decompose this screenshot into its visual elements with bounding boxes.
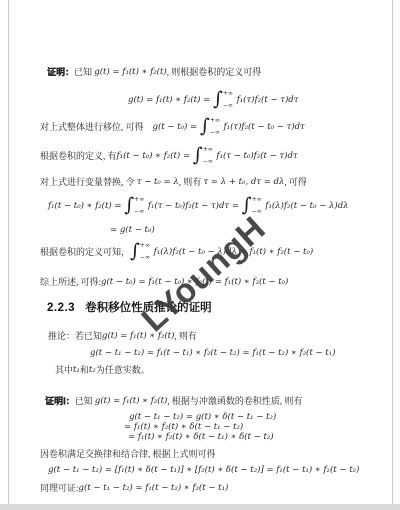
eq-shifted-whole: 对上式整体进行移位, 可得 g(t − t₀) = ∫+∞−∞ f₁(τ)f₂(… xyxy=(40,117,305,136)
document-content: 证明：已知 g(t) = f₁(t) ∗ f₂(t), 则根据卷积的定义可得g(… xyxy=(0,0,400,510)
integral-sign: ∫+∞−∞ xyxy=(130,242,151,261)
text-commutative: 因卷积满足交换律和结合律, 根据上式则可得 xyxy=(40,448,216,460)
cn-text: 根据卷积的定义可知， xyxy=(40,246,130,258)
math-text: f₁(λ)f₂(t − t₀ − λ)dλ xyxy=(263,200,349,212)
math-text: g(t − t₁ − t₂) = [f₁(t) ∗ δ(t − t₁)] ∗ [… xyxy=(48,464,359,476)
eq-convolution-definition: g(t) = f₁(t) ∗ f₂(t) = ∫+∞−∞ f₁(τ)f₂(t −… xyxy=(128,90,298,109)
math-text: f₁(τ)f₂(t − t₀ − τ)dτ xyxy=(221,121,305,133)
cn-text: , 则有 xyxy=(179,176,204,188)
math-text: t₂ xyxy=(89,364,96,376)
cn-text: 已知 xyxy=(75,395,95,407)
math-text: t₁ xyxy=(73,364,80,376)
math-text: f₁(τ − t₀)f₂(t − τ)dτ xyxy=(214,150,298,162)
math-text: g(t − t₁ − t₂) = f₁(t − t₂) ∗ f₂(t − t₁) xyxy=(79,482,229,494)
math-text: f₁(t − t₀) ∗ f₂(t) = xyxy=(117,150,193,162)
cn-text: 根据卷积的定义, 有 xyxy=(40,150,117,162)
proof-label: 证明Ⅰ： xyxy=(45,395,75,407)
text-any-real: 其中t₁和t₂为任意实数。 xyxy=(55,364,150,376)
proof1-intro: 证明：已知 g(t) = f₁(t) ∗ f₂(t), 则根据卷积的定义可得 xyxy=(47,66,261,78)
math-text: = g(t − t₀) xyxy=(110,224,155,236)
watermark: LYoungH xyxy=(135,209,274,340)
integral-limits: +∞−∞ xyxy=(210,118,220,136)
math-text: τ − t₀ = λ xyxy=(137,176,179,188)
eq-substituted: f₁(t − t₀) ∗ f₂(t) = ∫+∞−∞ f₁(τ − t₀)f₂(… xyxy=(48,196,349,215)
cn-text: , 可得 xyxy=(284,176,307,188)
math-text: g(t) = f₁(t) ∗ f₂(t) xyxy=(94,66,166,78)
integral-limits: +∞−∞ xyxy=(134,197,144,215)
integral-glyph: ∫ xyxy=(213,90,223,109)
integral-sign: ∫+∞−∞ xyxy=(213,90,234,109)
eq-regrouped: g(t − t₁ − t₂) = [f₁(t) ∗ δ(t − t₁)] ∗ [… xyxy=(48,464,359,476)
math-text: g(t) = f₁(t) ∗ f₂(t) = xyxy=(128,94,213,106)
integral-glyph: ∫ xyxy=(193,146,203,165)
text-variable-substitution: 对上式进行变量替换, 令 τ − t₀ = λ, 则有 τ = λ + t₀, … xyxy=(40,176,307,188)
cn-text: , 则根据卷积的定义可得 xyxy=(167,66,262,78)
cn-text: 已知 xyxy=(74,66,94,78)
integral-limits: +∞−∞ xyxy=(223,91,233,109)
proof-label: 证明： xyxy=(47,66,74,78)
integral-glyph: ∫ xyxy=(200,117,210,136)
integral-glyph: ∫ xyxy=(130,242,140,261)
math-text: g(t) = f₁(t) ∗ f₂(t) xyxy=(95,395,167,407)
eq-def-known: 根据卷积的定义可知，∫+∞−∞ f₁(λ)f₂(t − t₀ − λ)dλ = … xyxy=(40,242,313,261)
eq-similarly: 同理可证:g(t − t₁ − t₂) = f₁(t − t₂) ∗ f₂(t … xyxy=(40,482,228,494)
eq-def-shifted-f1: 根据卷积的定义, 有f₁(t − t₀) ∗ f₂(t) = ∫+∞−∞ f₁(… xyxy=(40,146,298,165)
cn-text: 推论：若已知 xyxy=(48,330,102,342)
cn-text: 因卷积满足交换律和结合律, 根据上式则可得 xyxy=(40,448,216,460)
integral-sign: ∫+∞−∞ xyxy=(193,146,214,165)
cn-text: 对上式整体进行移位, 可得 xyxy=(40,121,153,133)
cn-text: 综上所述, 可得: xyxy=(40,276,101,288)
cn-text: 为任意实数。 xyxy=(96,364,150,376)
cn-text: , 根据与冲激函数的卷积性质, 则有 xyxy=(167,395,302,407)
math-text: g(t − t₀) = xyxy=(153,121,200,133)
cn-text: , 则有 xyxy=(174,330,197,342)
math-text: τ = λ + t₀, dτ = dλ xyxy=(204,176,285,188)
math-text: f₁(τ)f₂(t − τ)dτ xyxy=(234,94,299,106)
math-text: g(t − t₁ − t₂) = f₁(t − t₁) ∗ f₂(t − t₂)… xyxy=(90,347,335,359)
corollary-intro: 推论：若已知g(t) = f₁(t) ∗ f₂(t), 则有 xyxy=(48,330,197,342)
eq-impulse-3: = f₁(t) ∗ f₂(t) ∗ δ(t − t₁) ∗ δ(t − t₂) xyxy=(128,431,274,443)
cn-text: 同理可证: xyxy=(40,482,79,494)
integral-limits: +∞−∞ xyxy=(203,147,213,165)
heading-number: 2.2.3 xyxy=(47,302,75,314)
integral-sign: ∫+∞−∞ xyxy=(124,196,145,215)
math-text: = f₁(t) ∗ f₂(t) ∗ δ(t − t₁) ∗ δ(t − t₂) xyxy=(128,431,274,443)
proof2-intro: 证明Ⅰ：已知 g(t) = f₁(t) ∗ f₂(t), 根据与冲激函数的卷积性… xyxy=(45,395,302,407)
math-text: f₁(t − t₀) ∗ f₂(t) = xyxy=(48,200,124,212)
integral-limits: +∞−∞ xyxy=(140,243,150,261)
math-text: f₁(τ − t₀)f₂(t − τ)dτ = xyxy=(145,200,241,212)
cn-text: 和 xyxy=(80,364,89,376)
integral-limits: +∞−∞ xyxy=(252,197,262,215)
integral-glyph: ∫ xyxy=(124,196,134,215)
eq-corollary: g(t − t₁ − t₂) = f₁(t − t₁) ∗ f₂(t − t₂)… xyxy=(90,347,335,359)
eq-equals-g-shift: = g(t − t₀) xyxy=(110,224,155,236)
cn-text: 对上式进行变量替换, 令 xyxy=(40,176,137,188)
integral-sign: ∫+∞−∞ xyxy=(200,117,221,136)
cn-text: 其中 xyxy=(55,364,73,376)
